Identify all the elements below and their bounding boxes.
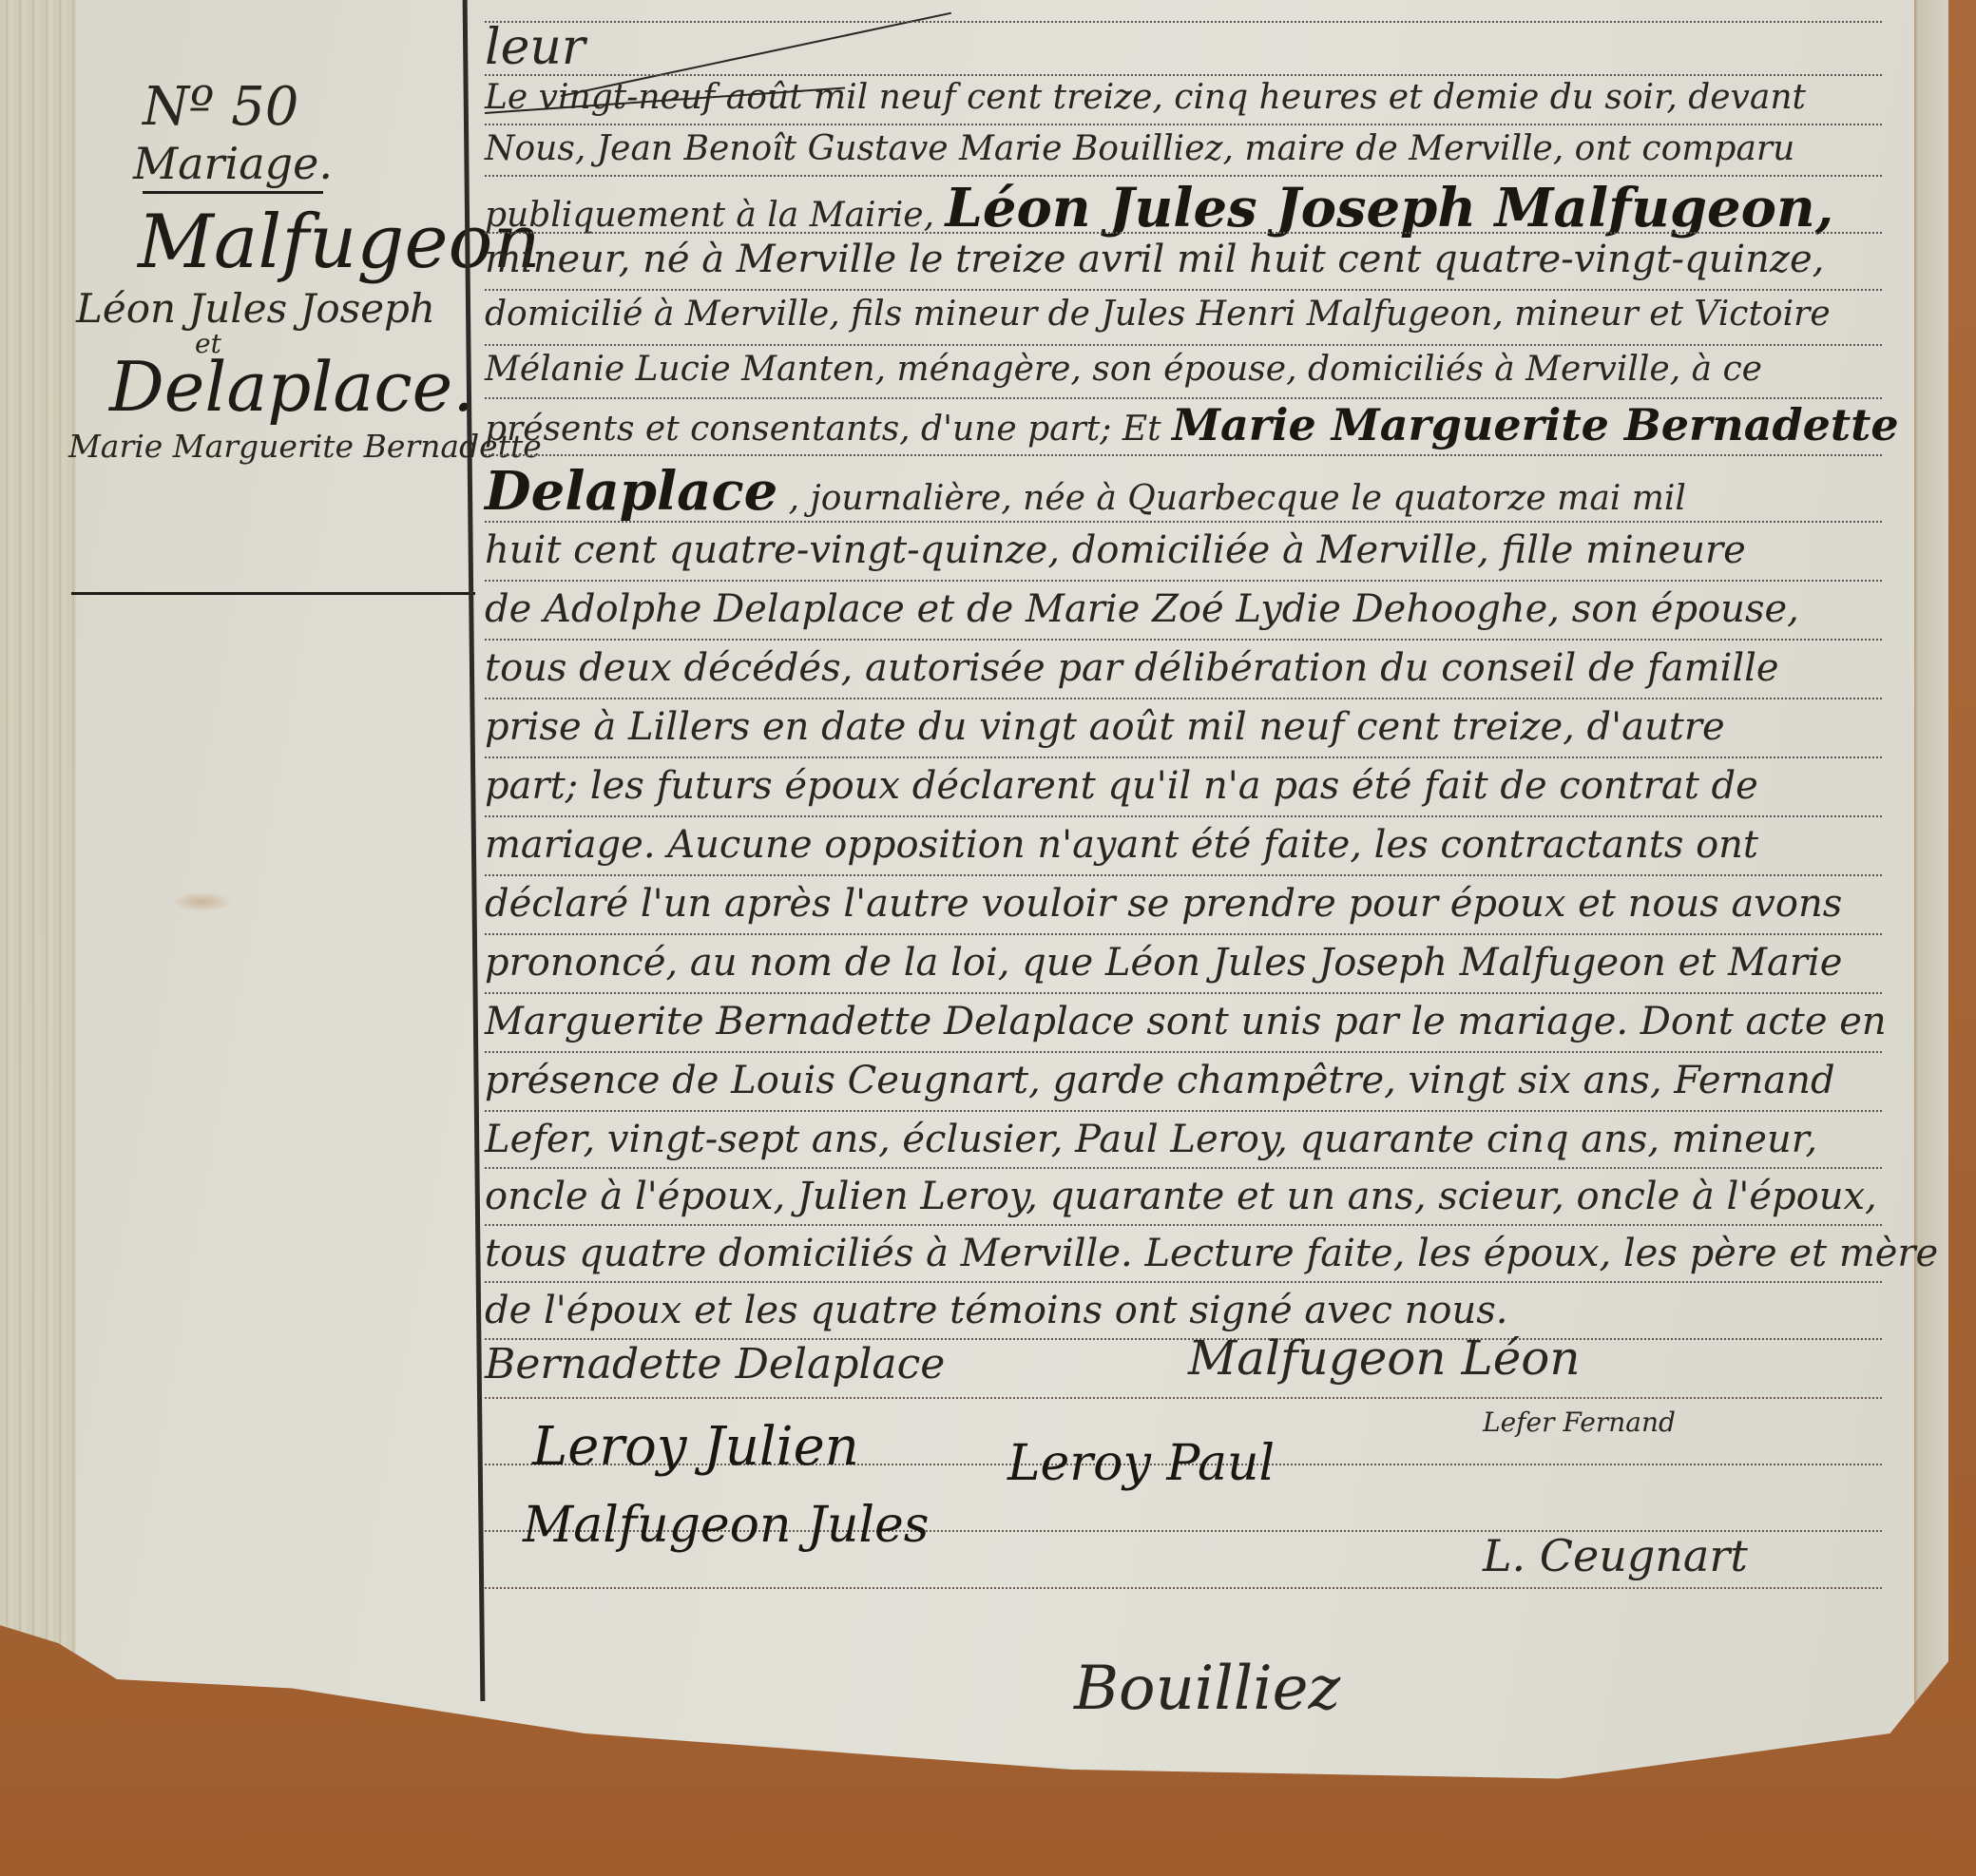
bride-surname: Delaplace. — [109, 347, 474, 427]
bride-surname-big: Delaplace — [485, 460, 777, 523]
body-line-12: prise à Lillers en date du vingt août mi… — [485, 705, 1725, 749]
struck-word: leur — [485, 19, 585, 76]
body-line-8: Delaplace , journalière, née à Quarbecqu… — [485, 460, 1686, 523]
photograph-scene: Nº 50 Mariage. Malfugeon Léon Jules Jose… — [0, 0, 1976, 1876]
signature-louis-ceugnart: L. Ceugnart — [1483, 1530, 1748, 1581]
body-line-6: Mélanie Lucie Manten, ménagère, son épou… — [485, 350, 1762, 389]
ruled-line — [485, 344, 1882, 346]
signature-fernand-lefer: Lefer Fernand — [1483, 1407, 1676, 1438]
body-line-5: domicilié à Merville, fils mineur de Jul… — [485, 295, 1831, 334]
signature-mayor: Bouilliez — [1074, 1654, 1340, 1724]
body-line-17: Marguerite Bernadette Delaplace sont uni… — [485, 1000, 1887, 1043]
body-line-7: présents et consentants, d'une part; Et … — [485, 399, 1899, 450]
signature-julien-leroy: Leroy Julien — [532, 1416, 859, 1478]
page-edges-left — [0, 0, 76, 1692]
signature-jules-malfugeon: Malfugeon Jules — [523, 1497, 929, 1554]
signature-groom: Malfugeon Léon — [1188, 1330, 1581, 1386]
ruled-line — [485, 698, 1882, 699]
ruled-line — [485, 1051, 1882, 1053]
body-line-10: de Adolphe Delaplace et de Marie Zoé Lyd… — [485, 587, 1799, 631]
body-line-20: oncle à l'époux, Julien Leroy, quarante … — [485, 1175, 1877, 1218]
groom-surname: Malfugeon — [138, 200, 541, 285]
body-line-18: présence de Louis Ceugnart, garde champê… — [485, 1059, 1835, 1102]
ruled-line — [485, 933, 1882, 935]
ruled-line — [485, 1110, 1882, 1112]
margin-bottom-rule — [71, 592, 475, 595]
ruled-line — [485, 124, 1882, 125]
margin-divider — [143, 191, 323, 194]
signature-line — [485, 1397, 1882, 1399]
body-text: publiquement à la Mairie, — [485, 196, 934, 235]
body-line-14: mariage. Aucune opposition n'ayant été f… — [485, 823, 1758, 867]
ruled-line — [485, 232, 1882, 234]
ruled-line — [485, 874, 1882, 876]
body-line-11: tous deux décédés, autorisée par délibér… — [485, 646, 1779, 690]
body-line-16: prononcé, au nom de la loi, que Léon Jul… — [485, 941, 1842, 985]
ruled-line — [485, 1167, 1882, 1169]
body-line-2: Nous, Jean Benoît Gustave Marie Bouillie… — [485, 129, 1794, 168]
ruled-line — [485, 1224, 1882, 1226]
body-text: , journalière, née à Quarbecque le quato… — [789, 479, 1686, 518]
body-line-4: mineur, né à Merville le treize avril mi… — [485, 238, 1824, 281]
body-line-21: tous quatre domiciliés à Merville. Lectu… — [485, 1232, 1938, 1275]
body-line-1: Le vingt-neuf août mil neuf cent treize,… — [485, 78, 1806, 117]
body-text: présents et consentants, d'une part; Et — [485, 410, 1161, 449]
groom-full-name: Léon Jules Joseph Malfugeon, — [945, 177, 1833, 239]
signature-line — [485, 1587, 1882, 1589]
ruled-line — [485, 21, 1882, 23]
ruled-line — [485, 815, 1882, 817]
ruled-line — [485, 289, 1882, 291]
body-line-19: Lefer, vingt-sept ans, éclusier, Paul Le… — [485, 1118, 1817, 1161]
body-line-22: de l'époux et les quatre témoins ont sig… — [485, 1289, 1507, 1332]
groom-given-names: Léon Jules Joseph — [76, 285, 435, 332]
body-line-15: déclaré l'un après l'autre vouloir se pr… — [485, 882, 1842, 926]
body-line-13: part; les futurs époux déclarent qu'il n… — [485, 764, 1758, 808]
page-edges-right — [1914, 0, 1948, 1777]
ruled-line — [485, 454, 1882, 456]
ruled-line — [485, 992, 1882, 994]
bride-given-names-big: Marie Marguerite Bernadette — [1172, 399, 1899, 450]
signature-bride: Bernadette Delaplace — [485, 1340, 945, 1388]
ruled-line — [485, 521, 1882, 523]
act-type: Mariage. — [133, 138, 333, 189]
signature-paul-leroy: Leroy Paul — [1007, 1435, 1275, 1492]
body-line-9: huit cent quatre-vingt-quinze, domicilié… — [485, 528, 1746, 572]
ruled-line — [485, 639, 1882, 641]
register-page: Nº 50 Mariage. Malfugeon Léon Jules Jose… — [0, 0, 1948, 1806]
body-line-3: publiquement à la Mairie, Léon Jules Jos… — [485, 177, 1833, 239]
ruled-line — [485, 1281, 1882, 1283]
ruled-line — [485, 756, 1882, 758]
ruled-line — [485, 580, 1882, 582]
entry-number: Nº 50 — [143, 76, 298, 138]
paper-stain — [171, 891, 233, 912]
ruled-line — [485, 74, 1882, 76]
